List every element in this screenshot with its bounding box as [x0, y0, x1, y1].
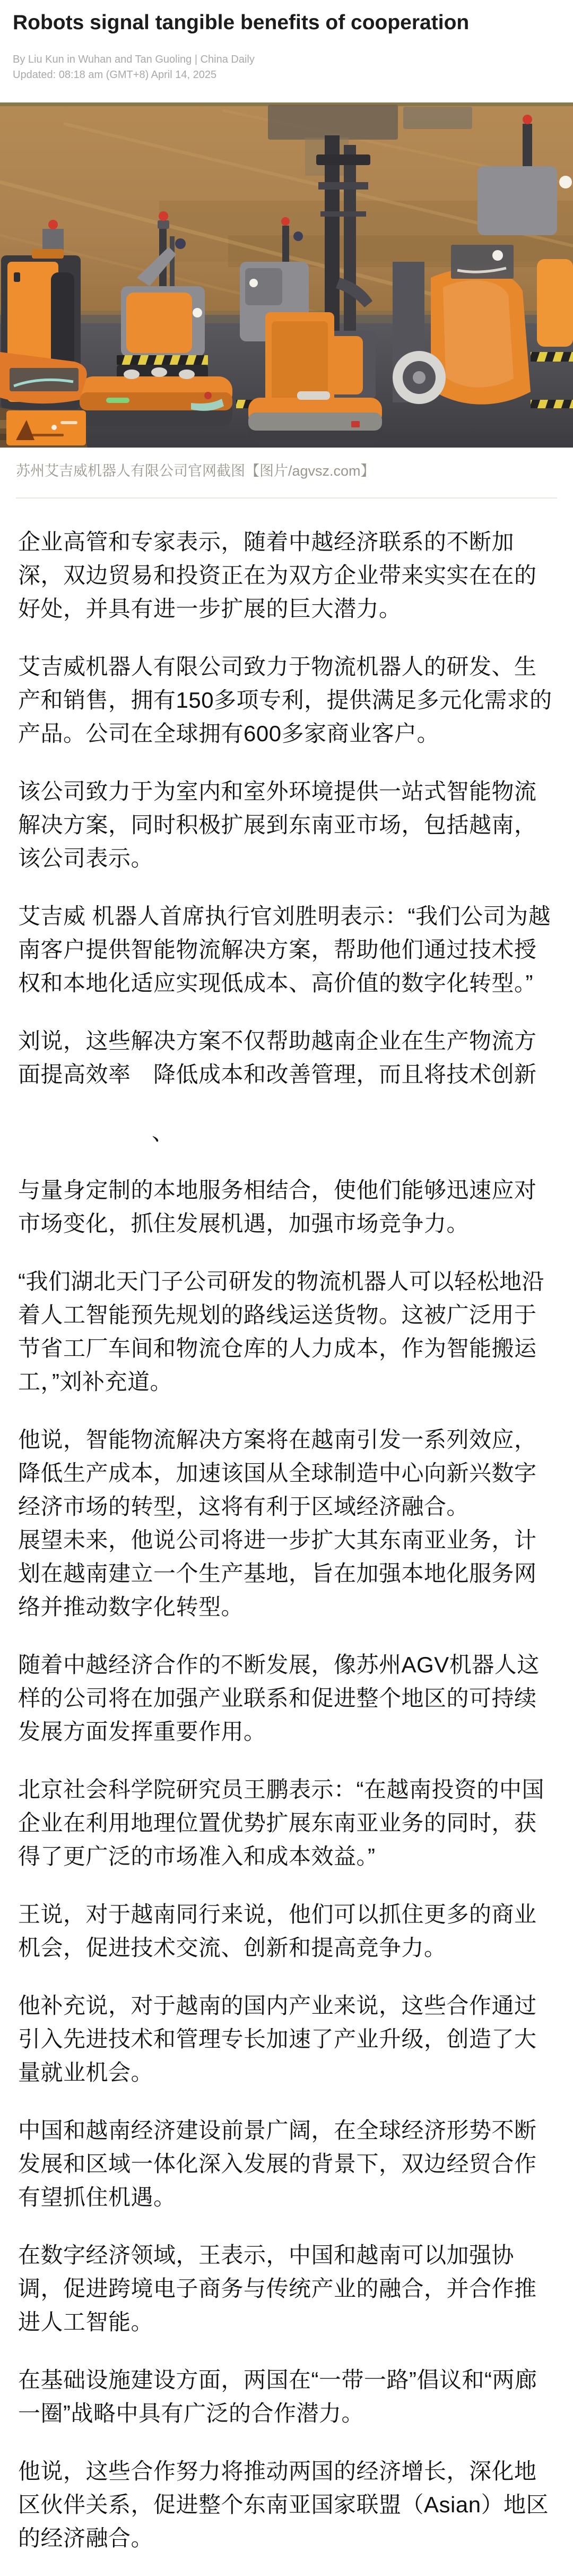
article-body: 企业高管和专家表示，随着中越经济联系的不断加深，双边贸易和投资正在为双方企业带来…: [0, 499, 573, 2576]
sensor-dome: [151, 367, 167, 377]
article-paragraph: 北京社会科学院研究员王鹏表示：“在越南投资的中国企业在利用地理位置优势扩展东南亚…: [18, 1773, 555, 1873]
article-paragraph: 企业高管和专家表示，随着中越经济联系的不断加深，双边贸易和投资正在为双方企业带来…: [18, 525, 555, 625]
byline-authors: By Liu Kun in Wuhan and Tan Guoling | Ch…: [13, 52, 560, 67]
article-paragraph: 他补充说，对于越南的国内产业来说，这些合作通过引入先进技术和管理专长加速了产业升…: [18, 1989, 555, 2089]
low-agv-robot-2: [248, 391, 382, 442]
byline: By Liu Kun in Wuhan and Tan Guoling | Ch…: [13, 52, 560, 83]
article-paragraph: 艾吉威 机器人首席执行官刘胜明表示：“我们公司为越南客户提供智能物流解决方案，帮…: [18, 899, 555, 1000]
article-paragraph: 随着中越经济合作的不断发展，像苏州AGV机器人这样的公司将在加强产业联系和促进整…: [18, 1648, 555, 1748]
sensor-dome: [179, 370, 195, 379]
hazard-stripe: [531, 352, 573, 362]
article-header: Robots signal tangible benefits of coope…: [0, 0, 573, 83]
article-paragraph: 在数字经济领域，王表示，中国和越南可以加强协调，促进跨境电子商务与传统产业的融合…: [18, 2238, 555, 2339]
hero-image: [0, 102, 573, 448]
image-caption: 苏州艾吉威机器人有限公司官网截图【图片/agvsz.com】: [0, 448, 573, 480]
article-paragraph: 在基础设施建设方面，两国在“一带一路”倡议和“两廊一圈”战略中具有广泛的合作潜力…: [18, 2363, 555, 2430]
article-paragraph: 王说，对于越南同行来说，他们可以抓住更多的商业机会，促进技术交流、创新和提高竞争…: [18, 1897, 555, 1964]
article-paragraph: 展望未来，他说公司将进一步扩大其东南亚业务，计划在越南建立一个生产基地，旨在加强…: [18, 1523, 555, 1624]
sensor-dome: [124, 370, 140, 379]
article-paragraph: “我们湖北天门子公司研发的物流机器人可以轻松地沿着人工智能预先规划的路线运送货物…: [18, 1265, 555, 1398]
camera-knob: [293, 231, 303, 241]
article-paragraph: 艾吉威机器人有限公司致力于物流机器人的研发、生产和销售，拥有150多项专利，提供…: [18, 650, 555, 750]
brand-logo-patch: [6, 410, 86, 445]
hazard-stripe: [531, 400, 573, 408]
headlight: [193, 308, 202, 317]
orange-body-panel: [126, 293, 192, 353]
hero-figure: 苏州艾吉威机器人有限公司官网截图【图片/agvsz.com】: [0, 102, 573, 480]
beacon-red-light: [523, 115, 532, 124]
ceiling-dark-fixture: [268, 105, 398, 140]
hazard-stripe: [117, 355, 208, 365]
byline-updated: Updated: 08:18 am (GMT+8) April 14, 2025: [13, 67, 560, 83]
status-led: [351, 421, 360, 427]
page-title: Robots signal tangible benefits of coope…: [13, 11, 560, 35]
beacon-red-light: [48, 220, 58, 229]
article-paragraph: 刘说，这些解决方案不仅帮助越南企业在生产物流方面提高效率 降低成本和改善管理，而…: [18, 1024, 555, 1091]
article-paragraph: 与量身定制的本地服务相结合，使他们能够迅速应对市场变化，抓住发展机遇，加强市场竞…: [18, 1173, 555, 1240]
article-paragraph: 他说，智能物流解决方案将在越南引发一系列效应，降低生产成本，加速该国从全球制造中…: [18, 1423, 555, 1523]
beacon-red-light: [159, 211, 168, 221]
status-leds: [106, 398, 129, 403]
article-paragraph: 该公司致力于为室内和室外环境提供一站式智能物流解决方案，同时积极扩展到东南亚市场…: [18, 775, 555, 875]
camera-knob: [175, 238, 186, 249]
sensor-dome: [297, 391, 330, 400]
article-paragraph: 、: [18, 1115, 555, 1149]
spec-overlay-card: [451, 245, 514, 279]
logo-mark: [32, 249, 64, 259]
headlight: [249, 279, 258, 287]
beacon-red-light: [281, 217, 290, 226]
article-paragraph: 他说，这些合作努力将推动两国的经济增长，深化地区伙伴关系，促进整个东南亚国家联盟…: [18, 2454, 555, 2555]
article-paragraph: 中国和越南经济建设前景广阔，在全球经济形势不断发展和区域一体化深入发展的背景下，…: [18, 2114, 555, 2214]
article-page: Robots signal tangible benefits of coope…: [0, 0, 573, 2576]
orange-side-panel: [537, 259, 573, 347]
